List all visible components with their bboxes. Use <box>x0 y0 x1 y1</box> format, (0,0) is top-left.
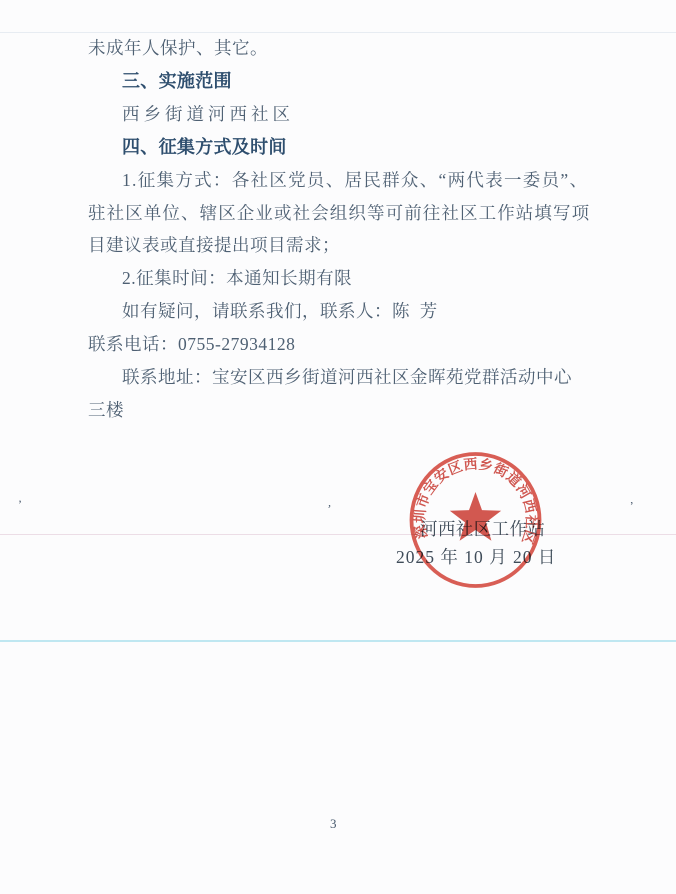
section-heading-3: 三、实施范围 <box>88 65 596 98</box>
scan-speck: ’ <box>629 501 634 511</box>
doc-line: 驻社区单位、辖区企业或社会组织等可前往社区工作站填写项 <box>88 197 596 230</box>
signature-date: 2025 年 10 月 20 日 <box>396 544 556 569</box>
signature-org: 河西社区工作站 <box>420 516 545 541</box>
document-body: 未成年人保护、其它。 三、实施范围 西乡街道河西社区 四、征集方式及时间 1.征… <box>0 0 676 427</box>
section-heading-4: 四、征集方式及时间 <box>88 131 596 164</box>
scanned-document-page: 未成年人保护、其它。 三、实施范围 西乡街道河西社区 四、征集方式及时间 1.征… <box>0 0 676 894</box>
doc-line: 目建议表或直接提出项目需求； <box>88 229 596 262</box>
scan-speck: ’ <box>18 499 22 509</box>
doc-line: 2.征集时间：本通知长期有限 <box>88 262 596 295</box>
scan-artifact-line-middle <box>0 534 676 535</box>
doc-line: 联系地址：宝安区西乡街道河西社区金晖苑党群活动中心 <box>88 361 596 394</box>
scan-speck: ’ <box>326 504 331 514</box>
doc-line: 西乡街道河西社区 <box>88 98 596 131</box>
scan-artifact-line-bottom <box>0 640 676 642</box>
doc-line: 联系电话：0755-27934128 <box>88 328 596 361</box>
doc-line: 如有疑问，请联系我们，联系人：陈 芳 <box>88 295 596 328</box>
doc-line: 三楼 <box>88 394 596 427</box>
page-number: 3 <box>330 816 337 832</box>
doc-line: 1.征集方式：各社区党员、居民群众、“两代表一委员”、 <box>88 164 596 197</box>
doc-line: 未成年人保护、其它。 <box>88 32 596 65</box>
